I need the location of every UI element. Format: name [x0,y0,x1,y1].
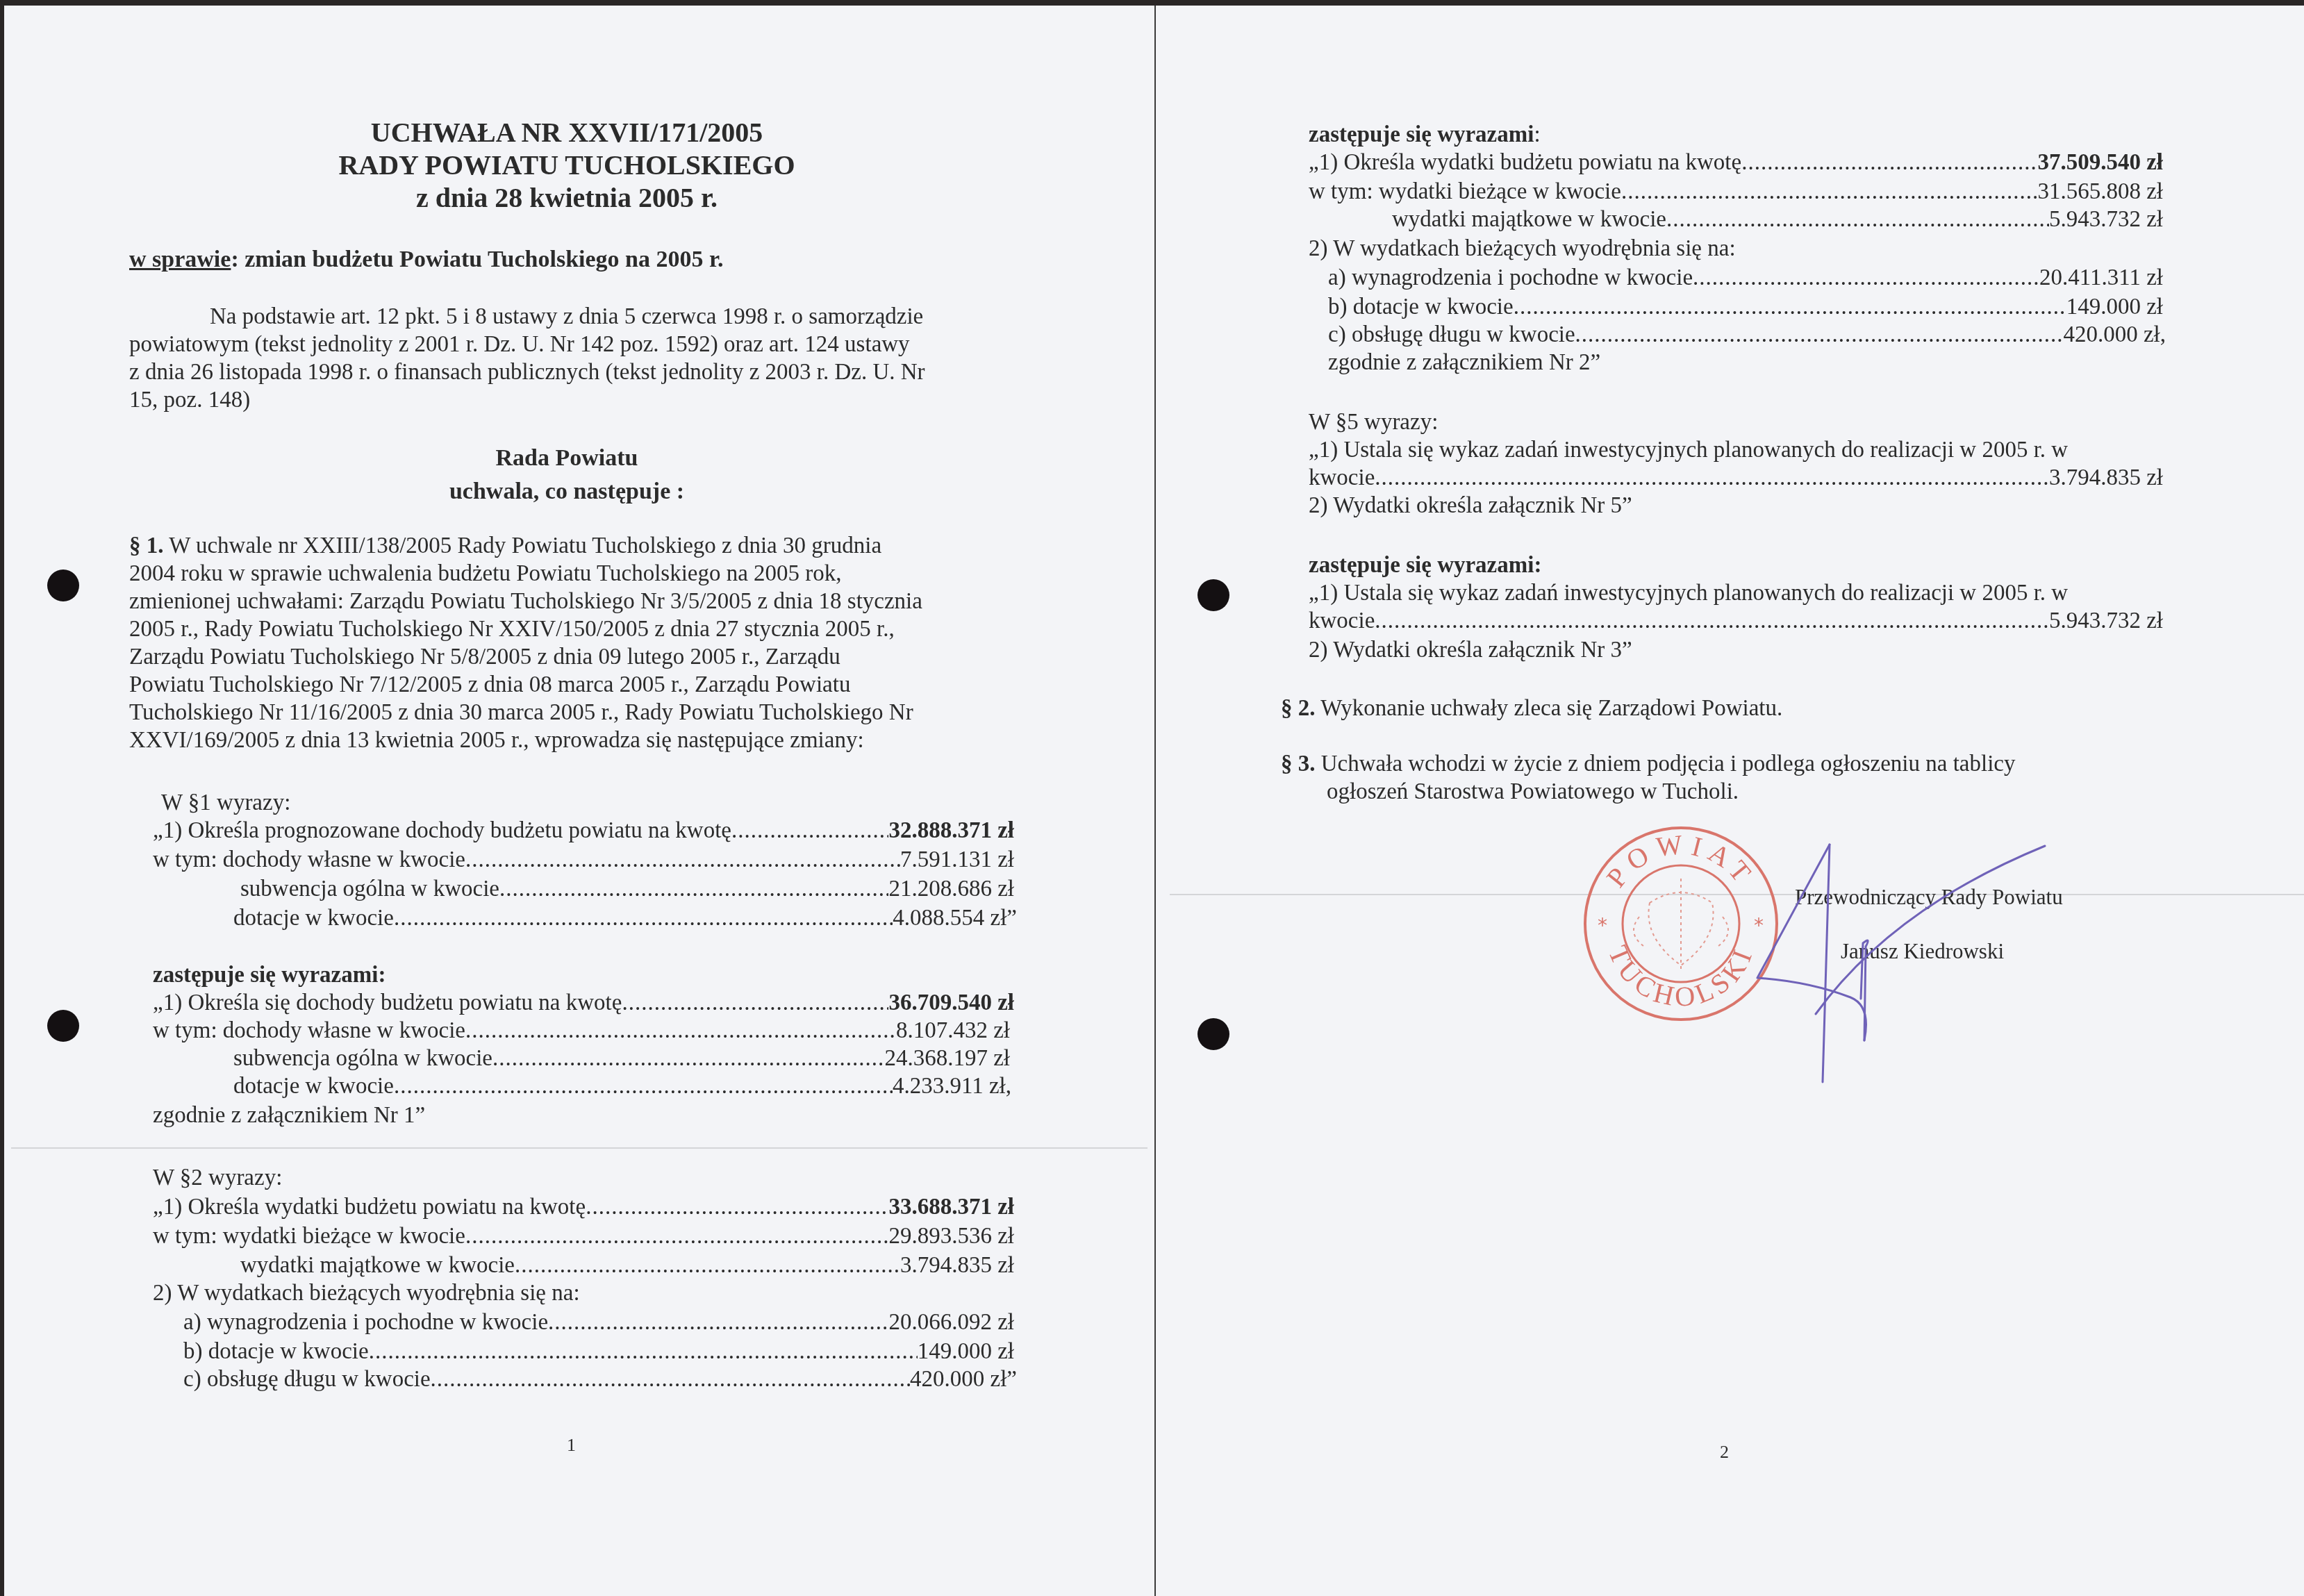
dot-leader [465,846,900,874]
amount-value: 32.888.371 zł [888,817,1014,845]
fold-line [11,1147,1147,1149]
amount-value: 21.208.686 zł [888,875,1014,903]
page-number: 1 [567,1435,576,1456]
section-1-line: 2004 roku w sprawie uchwalenia budżetu P… [129,560,842,588]
amount-row: w tym: wydatki bieżące w kwocie31.565.80… [1309,178,2163,206]
amount-value: 31.565.808 zł [2037,178,2163,206]
resolution-number: UCHWAŁA NR XXVII/171/2005 [4,117,1129,149]
dot-leader [394,904,893,932]
dot-leader [586,1193,888,1221]
dot-leader [1666,206,2049,233]
amount-value: 4.233.911 zł, [893,1072,1011,1100]
par1-old-heading: W §1 wyrazy: [161,789,290,817]
amount-row: kwocie5.943.732 zł [1309,607,2163,635]
par2-new-subheading: 2) W wydatkach bieżących wyodrębnia się … [1309,235,1736,263]
amount-value: 29.893.536 zł [888,1222,1014,1250]
amount-value: 149.000 zł [2066,293,2163,321]
amount-row: dotacje w kwocie4.088.554 zł” [233,904,1017,932]
par1-new-heading: zastępuje się wyrazami: [153,961,386,989]
amount-value: 4.088.554 zł” [893,904,1017,932]
par5-old-line: „1) Ustala się wykaz zadań inwestycyjnyc… [1309,436,2068,464]
dot-leader [369,1338,918,1365]
par5-old-heading: W §5 wyrazy: [1309,408,1438,436]
amount-value: 3.794.835 zł [2049,464,2163,492]
amount-row: „1) Określa wydatki budżetu powiatu na k… [153,1193,1014,1221]
amount-row: w tym: wydatki bieżące w kwocie29.893.53… [153,1222,1014,1250]
dot-leader [1621,178,2037,206]
dot-leader [1575,321,2064,349]
dot-leader [492,1045,884,1072]
par2-new-heading: zastępuje się wyrazami: [1309,121,1541,149]
amount-row: wydatki majątkowe w kwocie3.794.835 zł [240,1252,1014,1279]
section-1-line: zmienionej uchwałami: Zarządu Powiatu Tu… [129,588,922,615]
section-1-line: Zarządu Powiatu Tucholskiego Nr 5/8/2005… [129,643,840,671]
preamble-line: Na podstawie art. 12 pkt. 5 i 8 ustawy z… [210,303,923,331]
amount-value: 149.000 zł [918,1338,1014,1365]
section-1-mark: § 1. [129,533,164,558]
amount-row: w tym: dochody własne w kwocie7.591.131 … [153,846,1014,874]
dot-leader [548,1308,888,1336]
resolution-council: RADY POWIATU TUCHOLSKIEGO [4,149,1129,181]
resolution-date: z dnia 28 kwietnia 2005 r. [4,182,1129,214]
amount-row: c) obsługę długu w kwocie420.000 zł” [183,1365,1017,1393]
amount-row: a) wynagrodzenia i pochodne w kwocie20.0… [183,1308,1014,1336]
dot-leader [1514,293,2066,321]
council-heading: Rada Powiatu [4,444,1129,472]
section-1-line: XXVI/169/2005 z dnia 13 kwietnia 2005 r.… [129,726,864,754]
amount-value: 33.688.371 zł [888,1193,1014,1221]
par5-new-heading: zastępuje się wyrazami: [1309,551,1541,579]
document-page-2: zastępuje się wyrazami: „1) Określa wyda… [1156,6,2304,1596]
dot-leader [1693,264,2039,292]
section-1-line: Tucholskiego Nr 11/16/2005 z dnia 30 mar… [129,699,913,726]
punch-hole [1197,579,1229,611]
amount-row: b) dotacje w kwocie149.000 zł [183,1338,1014,1365]
par5-new-line: 2) Wydatki określa załącznik Nr 3” [1309,636,1632,664]
dot-leader [465,1222,888,1250]
amount-row: b) dotacje w kwocie149.000 zł [1328,293,2163,321]
par2-old-subheading: 2) W wydatkach bieżących wyodrębnia się … [153,1279,580,1307]
amount-value: 3.794.835 zł [900,1252,1014,1279]
preamble-line: 15, poz. 148) [129,386,250,414]
dot-leader [499,875,888,903]
dot-leader [731,817,888,845]
preamble-line: powiatowym (tekst jednolity z 2001 r. Dz… [129,331,910,358]
amount-value: 8.107.432 zł [896,1017,1010,1045]
council-resolves: uchwala, co następuje : [4,478,1129,506]
amount-row: subwencja ogólna w kwocie24.368.197 zł [233,1045,1010,1072]
amount-row: subwencja ogólna w kwocie21.208.686 zł [240,875,1014,903]
amount-value: 20.066.092 zł [888,1308,1014,1336]
amount-value: 7.591.131 zł [900,846,1014,874]
par5-new-line: „1) Ustala się wykaz zadań inwestycyjnyc… [1309,579,2068,607]
punch-hole [1197,1018,1229,1050]
amount-value: 20.411.311 zł [2039,264,2163,292]
amount-row: a) wynagrodzenia i pochodne w kwocie20.4… [1328,264,2163,292]
svg-text:*: * [1598,914,1607,937]
amount-row: „1) Określa prognozowane dochody budżetu… [153,817,1014,845]
par1-new-footer: zgodnie z załącznikiem Nr 1” [153,1102,425,1129]
amount-value: 24.368.197 zł [884,1045,1010,1072]
amount-row: wydatki majątkowe w kwocie5.943.732 zł [1392,206,2163,233]
punch-hole [47,1010,79,1042]
par2-old-heading: W §2 wyrazy: [153,1164,282,1192]
document-page-1: UCHWAŁA NR XXVII/171/2005 RADY POWIATU T… [4,6,1156,1596]
svg-text:POWIAT: POWIAT [1600,828,1762,892]
amount-row: w tym: dochody własne w kwocie8.107.432 … [153,1017,1010,1045]
dot-leader [465,1017,896,1045]
section-1-line: Powiatu Tucholskiego Nr 7/12/2005 z dnia… [129,671,850,699]
subject-label: w sprawie [129,247,231,272]
par2-new-footer: zgodnie z załącznikiem Nr 2” [1328,349,1600,376]
dot-leader [394,1072,893,1100]
handwritten-signature-icon [1753,832,2059,1096]
section-1-line: § 1. W uchwale nr XXIII/138/2005 Rady Po… [129,532,881,560]
subject-line: w sprawie: zmian budżetu Powiatu Tuchols… [129,246,723,274]
dot-leader [515,1252,900,1279]
section-1-line: 2005 r., Rady Powiatu Tucholskiego Nr XX… [129,615,895,643]
dot-leader [1375,607,2049,635]
dot-leader [1741,149,2037,176]
section-3: § 3. Uchwała wchodzi w życie z dniem pod… [1281,750,2015,778]
amount-value: 5.943.732 zł [2049,607,2163,635]
amount-row: „1) Określa się dochody budżetu powiatu … [153,989,1014,1017]
amount-value: 420.000 zł, [2063,321,2166,349]
amount-value: 420.000 zł” [910,1365,1017,1393]
amount-value: 5.943.732 zł [2049,206,2163,233]
section-3-line: ogłoszeń Starostwa Powiatowego w Tucholi… [1327,778,1739,806]
amount-value: 36.709.540 zł [888,989,1014,1017]
amount-row: kwocie3.794.835 zł [1309,464,2163,492]
subject-text: : zmian budżetu Powiatu Tucholskiego na … [231,247,723,272]
punch-hole [47,570,79,601]
preamble-line: z dnia 26 listopada 1998 r. o finansach … [129,358,925,386]
amount-row: „1) Określa wydatki budżetu powiatu na k… [1309,149,2163,176]
amount-value: 37.509.540 zł [2037,149,2163,176]
amount-row: c) obsługę długu w kwocie420.000 zł, [1328,321,2166,349]
section-2: § 2. Wykonanie uchwały zleca się Zarządo… [1281,695,1782,722]
amount-row: dotacje w kwocie4.233.911 zł, [233,1072,1011,1100]
dot-leader [431,1365,910,1393]
dot-leader [622,989,888,1017]
par5-old-line: 2) Wydatki określa załącznik Nr 5” [1309,492,1632,519]
dot-leader [1375,464,2049,492]
page-number: 2 [1720,1442,1729,1463]
